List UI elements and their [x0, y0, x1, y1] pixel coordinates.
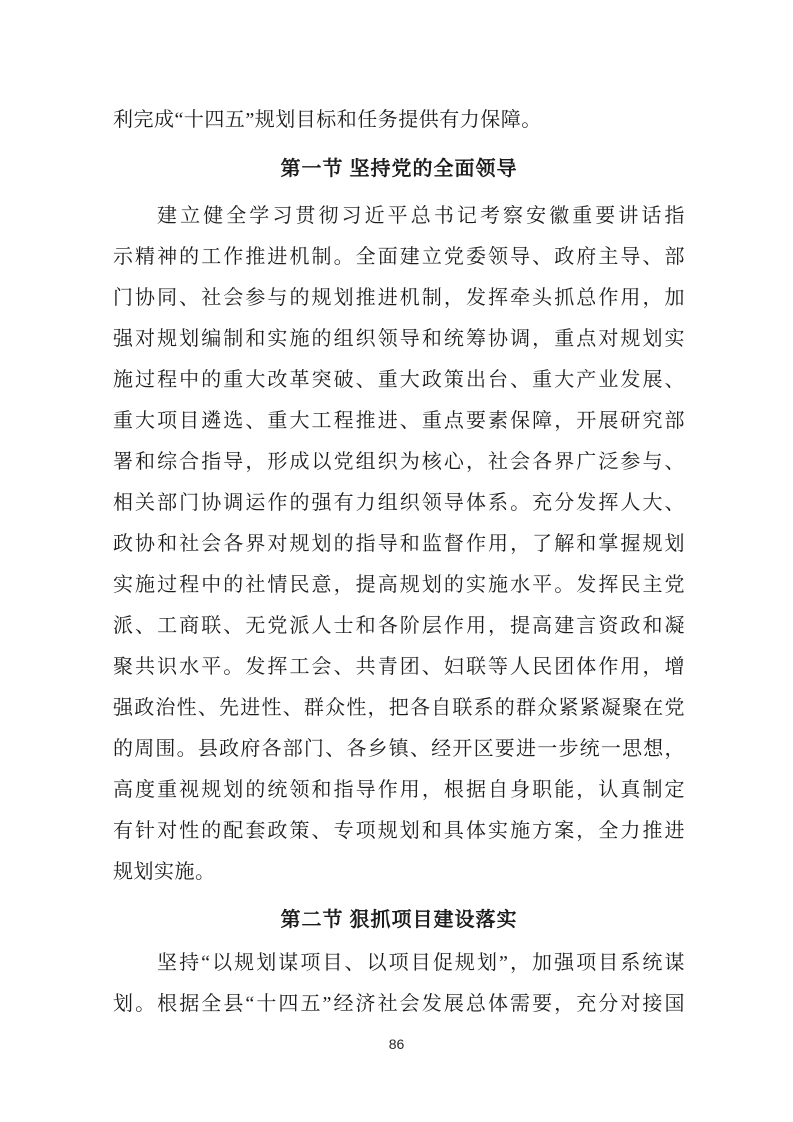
text-line: 高度重视规划的统领和指导作用，根据自身职能，认真制定	[113, 770, 685, 811]
text-line: 派、工商联、无党派人士和各阶层作用，提高建言资政和凝	[113, 606, 685, 647]
text-line: 强政治性、先进性、群众性，把各自联系的群众紧紧凝聚在党	[113, 688, 685, 729]
text-line: 有针对性的配套政策、专项规划和具体实施方案，全力推进	[113, 811, 685, 852]
text-line: 划。根据全县“十四五”经济社会发展总体需要，充分对接国	[113, 984, 685, 1025]
document-page: 利完成“十四五”规划目标和任务提供有力保障。 第一节 坚持党的全面领导 建立健全…	[0, 0, 793, 1122]
continuation-text-line: 利完成“十四五”规划目标和任务提供有力保障。	[113, 100, 685, 141]
page-content: 利完成“十四五”规划目标和任务提供有力保障。 第一节 坚持党的全面领导 建立健全…	[113, 100, 685, 1025]
text-line: 实施过程中的社情民意，提高规划的实施水平。发挥民主党	[113, 565, 685, 606]
text-line: 相关部门协调运作的强有力组织领导体系。充分发挥人大、	[113, 483, 685, 524]
text-line: 规划实施。	[113, 852, 685, 893]
text-line: 的周围。县政府各部门、各乡镇、经开区要进一步统一思想，	[113, 729, 685, 770]
text-line: 政协和社会各界对规划的指导和监督作用，了解和掌握规划	[113, 524, 685, 565]
text-line: 示精神的工作推进机制。全面建立党委领导、政府主导、部	[113, 237, 685, 278]
page-number: 86	[0, 1036, 793, 1052]
text-line: 署和综合指导，形成以党组织为核心，社会各界广泛参与、	[113, 442, 685, 483]
text-line: 强对规划编制和实施的组织领导和统筹协调，重点对规划实	[113, 319, 685, 360]
section-heading-1: 第一节 坚持党的全面领导	[113, 149, 685, 190]
text-line: 门协同、社会参与的规划推进机制，发挥牵头抓总作用，加	[113, 278, 685, 319]
text-line: 聚共识水平。发挥工会、共青团、妇联等人民团体作用，增	[113, 647, 685, 688]
text-line: 建立健全学习贯彻习近平总书记考察安徽重要讲话指	[113, 196, 685, 237]
text-line: 施过程中的重大改革突破、重大政策出台、重大产业发展、	[113, 360, 685, 401]
text-line: 重大项目遴选、重大工程推进、重点要素保障，开展研究部	[113, 401, 685, 442]
section-heading-2: 第二节 狠抓项目建设落实	[113, 900, 685, 941]
text-line: 坚持“以规划谋项目、以项目促规划”，加强项目系统谋	[113, 943, 685, 984]
